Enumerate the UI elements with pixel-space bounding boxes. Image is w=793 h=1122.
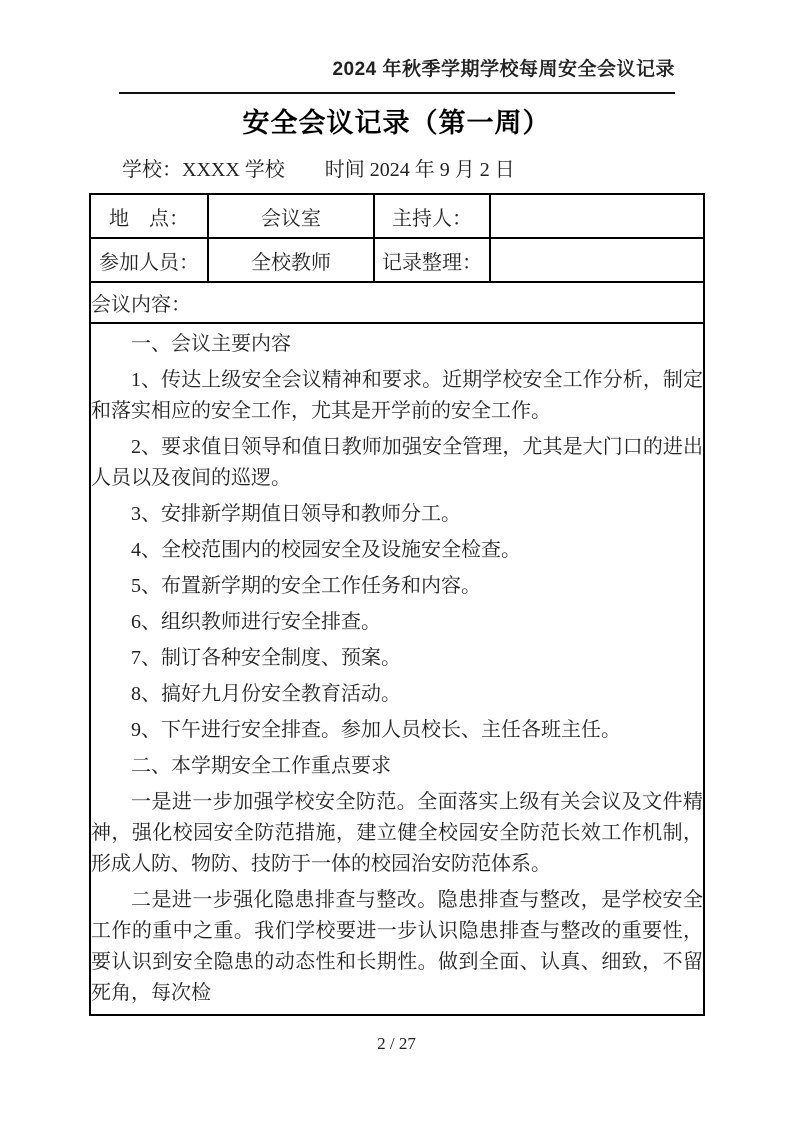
meeting-content-cell: 一、会议主要内容 1、传达上级安全会议精神和要求。近期学校安全工作分析，制定和落… [90,323,704,1015]
table-row: 地 点： 会议室 主持人： [90,194,704,238]
attendees-label: 参加人员： [90,238,208,282]
content-paragraph: 7、制订各种安全制度、预案。 [91,643,703,674]
host-value [490,194,704,238]
location-label: 地 点： [90,194,208,238]
header-title: 2024 年秋季学期学校每周安全会议记录 [332,59,675,80]
recorder-value [490,238,704,282]
table-row: 会议内容： [90,282,704,323]
page-header: 2024 年秋季学期学校每周安全会议记录 [119,54,675,94]
content-paragraph: 9、下午进行安全排查。参加人员校长、主任各班主任。 [91,715,703,746]
meeting-content-label: 会议内容： [90,282,704,323]
content-paragraph: 一是进一步加强学校安全防范。全面落实上级有关会议及文件精神，强化校园安全防范措施… [91,787,703,880]
host-label: 主持人： [374,194,490,238]
recorder-label: 记录整理： [374,238,490,282]
content-heading-2: 二、本学期安全工作重点要求 [91,751,703,782]
document-page: 2024 年秋季学期学校每周安全会议记录 安全会议记录（第一周） 学校：XXXX… [0,0,793,1122]
content-paragraph: 二是进一步强化隐患排查与整改。隐患排查与整改，是学校安全工作的重中之重。我们学校… [91,885,703,1009]
content-heading-1: 一、会议主要内容 [91,329,703,360]
page-title: 安全会议记录（第一周） [0,101,793,140]
attendees-value: 全校教师 [208,238,374,282]
content-paragraph: 2、要求值日领导和值日教师加强安全管理，尤其是大门口的进出人员以及夜间的巡逻。 [91,432,703,494]
content-paragraph: 1、传达上级安全会议精神和要求。近期学校安全工作分析，制定和落实相应的安全工作，… [91,365,703,427]
page-footer: 2 / 27 [0,1034,793,1054]
meeting-info-table: 地 点： 会议室 主持人： 参加人员： 全校教师 记录整理： 会议内容： 一、会… [89,193,705,1016]
table-row: 一、会议主要内容 1、传达上级安全会议精神和要求。近期学校安全工作分析，制定和落… [90,323,704,1015]
page-number: 2 / 27 [377,1034,416,1053]
content-paragraph: 6、组织教师进行安全排查。 [91,607,703,638]
location-value: 会议室 [208,194,374,238]
content-paragraph: 5、布置新学期的安全工作任务和内容。 [91,571,703,602]
school-date-line: 学校：XXXX 学校 时间 2024 年 9 月 2 日 [122,153,515,182]
content-paragraph: 3、安排新学期值日领导和教师分工。 [91,499,703,530]
content-paragraph: 8、搞好九月份安全教育活动。 [91,679,703,710]
table-row: 参加人员： 全校教师 记录整理： [90,238,704,282]
content-paragraph: 4、全校范围内的校园安全及设施安全检查。 [91,535,703,566]
